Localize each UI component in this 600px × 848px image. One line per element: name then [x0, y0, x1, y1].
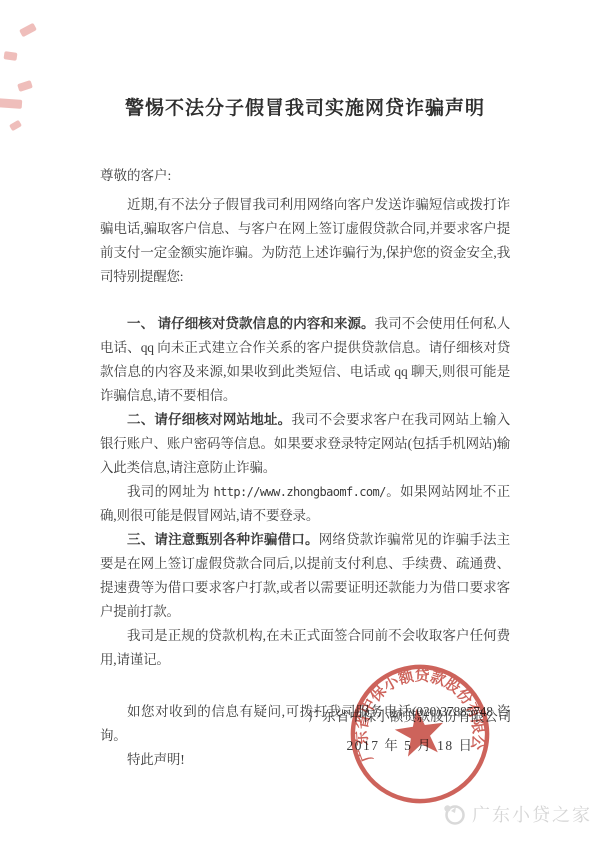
notice-item-1: 一、 请仔细核对贷款信息的内容和来源。我司不会使用任何私人电话、qq 向未正式建… [100, 312, 510, 408]
scanned-statement-page: 警惕不法分子假冒我司实施网贷诈骗声明 尊敬的客户: 近期,有不法分子假冒我司利用… [0, 0, 600, 848]
red-scan-mark [19, 23, 37, 38]
watermark-text: 广东小贷之家 [472, 801, 592, 827]
notice-item-2: 二、请仔细核对网站地址。我司不会要求客户在我司网站上输入银行账户、账户密码等信息… [100, 408, 510, 480]
intro-paragraph: 近期,有不法分子假冒我司利用网络向客户发送诈骗短信或拨打诈骗电话,骗取客户信息、… [100, 193, 510, 289]
website-prefix: 我司的网址为 [127, 484, 214, 499]
item-3-lead: 三、请注意甄别各种诈骗借口。 [127, 532, 319, 547]
item-2-lead: 二、请仔细核对网站地址。 [127, 412, 291, 427]
watermark-logo-icon [441, 801, 467, 827]
document-title: 警惕不法分子假冒我司实施网贷诈骗声明 [100, 96, 510, 122]
salutation: 尊敬的客户: [100, 164, 510, 188]
website-paragraph: 我司的网址为 http://www.zhongbaomf.com/。如果网站网址… [100, 480, 510, 528]
company-url: http://www.zhongbaomf.com/ [214, 485, 386, 499]
red-scan-mark [4, 51, 18, 61]
red-scan-mark [17, 80, 33, 92]
company-seal: 广东省中保小额贷款股份有限公司 [346, 660, 494, 808]
item-1-lead: 一、 请仔细核对贷款信息的内容和来源。 [127, 316, 375, 331]
seal-star-icon [392, 705, 447, 758]
document-body: 警惕不法分子假冒我司实施网贷诈骗声明 尊敬的客户: 近期,有不法分子假冒我司利用… [100, 0, 510, 772]
notice-item-3: 三、请注意甄别各种诈骗借口。网络贷款诈骗常见的诈骗手法主要是在网上签订虚假贷款合… [100, 528, 510, 624]
red-scan-mark [9, 120, 22, 132]
brand-watermark: 广东小贷之家 [441, 801, 592, 827]
red-scan-mark [0, 98, 22, 109]
